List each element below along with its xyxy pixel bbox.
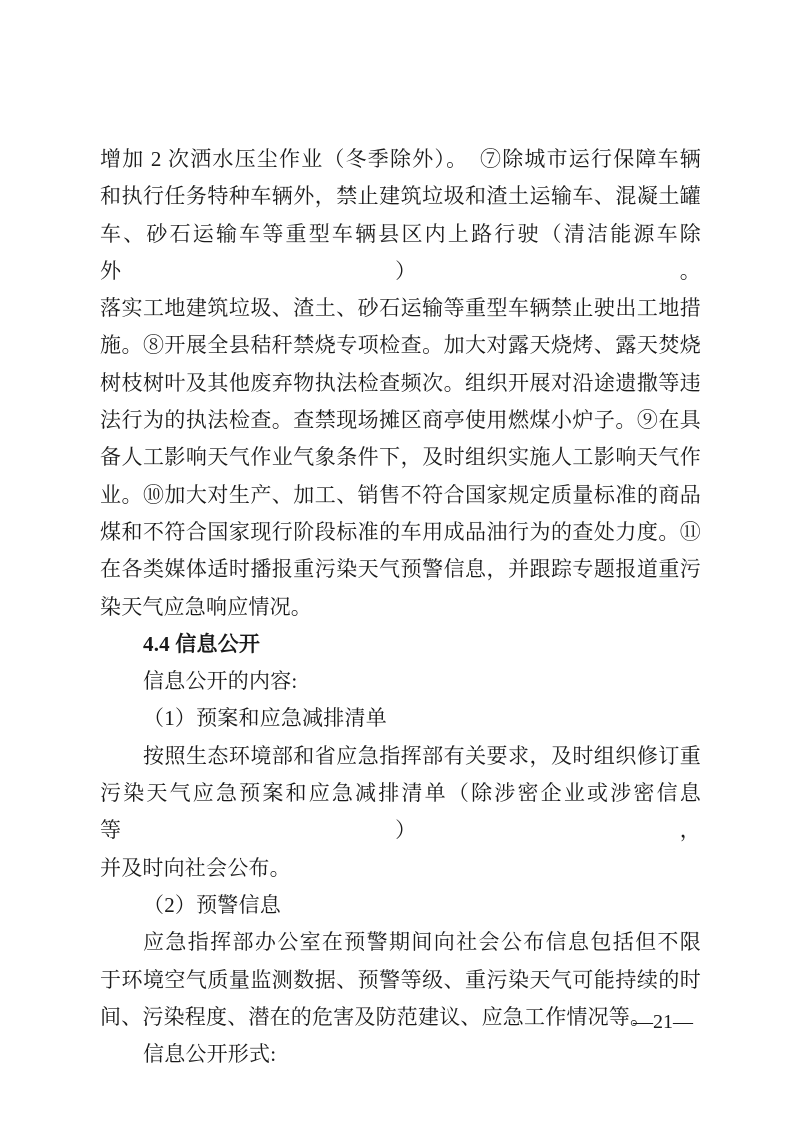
text-line: 于环境空气质量监测数据、预警等级、重污染天气可能持续的时 <box>100 962 701 999</box>
text-line: 应急指挥部办公室在预警期间向社会公布信息包括但不限 <box>100 924 701 961</box>
text-line: （2）预警信息 <box>100 887 701 924</box>
text-line: 煤和不符合国家现行阶段标准的车用成品油行为的查处力度。⑪ <box>100 514 701 551</box>
text-line: 施。⑧开展全县秸秆禁烧专项检查。加大对露天烧烤、露天焚烧 <box>100 327 701 364</box>
text-line: 污染天气应急预案和应急减排清单（除涉密企业或涉密信息等）， <box>100 775 701 850</box>
text-line: 增加 2 次洒水压尘作业（冬季除外）。 ⑦除城市运行保障车辆 <box>100 141 701 178</box>
text-line: 落实工地建筑垃圾、渣土、砂石运输等重型车辆禁止驶出工地措 <box>100 290 701 327</box>
text-line: 染天气应急响应情况。 <box>100 589 701 626</box>
text-line: 和执行任务特种车辆外，禁止建筑垃圾和渣土运输车、混凝土罐 <box>100 178 701 215</box>
text-line: （1）预案和应急减排清单 <box>100 700 701 737</box>
document-page: 增加 2 次洒水压尘作业（冬季除外）。 ⑦除城市运行保障车辆和执行任务特种车辆外… <box>0 0 793 1122</box>
text-line: 并及时向社会公布。 <box>100 850 701 887</box>
text-line: 间、污染程度、潜在的危害及防范建议、应急工作情况等。 <box>100 999 701 1036</box>
text-line: 按照生态环境部和省应急指挥部有关要求，及时组织修订重 <box>100 738 701 775</box>
text-line: 法行为的执法检查。查禁现场摊区商亭使用燃煤小炉子。⑨在具 <box>100 402 701 439</box>
page-number: —21— <box>633 1008 693 1036</box>
document-text-block: 增加 2 次洒水压尘作业（冬季除外）。 ⑦除城市运行保障车辆和执行任务特种车辆外… <box>100 141 701 1073</box>
text-line: 信息公开形式: <box>100 1036 701 1073</box>
text-line: 在各类媒体适时播报重污染天气预警信息，并跟踪专题报道重污 <box>100 551 701 588</box>
text-line: 信息公开的内容: <box>100 663 701 700</box>
text-line: 树枝树叶及其他废弃物执法检查频次。组织开展对沿途遗撒等违 <box>100 365 701 402</box>
text-line: 业。⑩加大对生产、加工、销售不符合国家规定质量标准的商品 <box>100 477 701 514</box>
text-line: 4.4 信息公开 <box>100 626 701 663</box>
text-line: 车、砂石运输车等重型车辆县区内上路行驶（清洁能源车除外）。 <box>100 216 701 291</box>
text-line: 备人工影响天气作业气象条件下，及时组织实施人工影响天气作 <box>100 439 701 476</box>
